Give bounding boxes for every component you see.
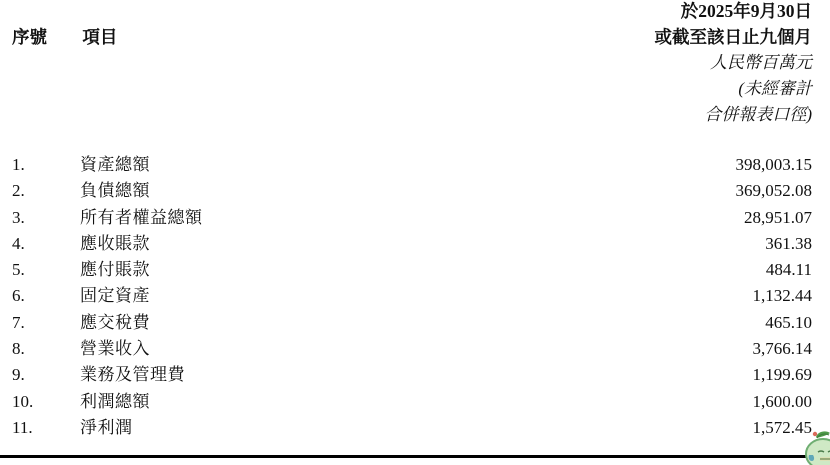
row-value: 3,766.14 <box>753 336 813 362</box>
row-item: 所有者權益總額 <box>80 205 744 231</box>
row-value: 484.11 <box>766 257 812 283</box>
row-item: 資產總額 <box>80 152 736 178</box>
row-value: 1,199.69 <box>753 362 813 388</box>
row-serial: 2. <box>12 178 80 204</box>
bottom-divider <box>0 455 830 458</box>
row-serial: 4. <box>12 231 80 257</box>
table-row: 6. 固定資產 1,132.44 <box>12 283 812 309</box>
row-value: 1,132.44 <box>753 283 813 309</box>
header-period-line: 或截至該日止九個月 <box>655 24 813 50</box>
header-note-line-1: (未經審計 <box>12 76 812 102</box>
row-serial: 8. <box>12 336 80 362</box>
header-unit-line: 人民幣百萬元 <box>12 50 812 76</box>
row-value: 465.10 <box>765 310 812 336</box>
row-item: 業務及管理費 <box>80 362 753 388</box>
row-value: 28,951.07 <box>744 205 812 231</box>
row-item: 淨利潤 <box>80 415 753 441</box>
header-left-columns: 序號 項目 <box>12 24 117 50</box>
row-item: 負債總額 <box>80 178 736 204</box>
row-value: 1,600.00 <box>753 389 813 415</box>
row-serial: 3. <box>12 205 80 231</box>
row-value: 398,003.15 <box>736 152 813 178</box>
row-serial: 6. <box>12 283 80 309</box>
document-page: 於2025年9月30日 序號 項目 或截至該日止九個月 人民幣百萬元 (未經審計… <box>0 0 830 465</box>
row-item: 應交稅費 <box>80 310 765 336</box>
row-value: 369,052.08 <box>736 178 813 204</box>
table-row: 3. 所有者權益總額 28,951.07 <box>12 205 812 231</box>
row-serial: 5. <box>12 257 80 283</box>
mascot-sticker-icon <box>796 428 830 465</box>
table-row: 9. 業務及管理費 1,199.69 <box>12 362 812 388</box>
row-serial: 7. <box>12 310 80 336</box>
row-item: 應付賬款 <box>80 257 766 283</box>
row-serial: 9. <box>12 362 80 388</box>
table-header: 於2025年9月30日 序號 項目 或截至該日止九個月 人民幣百萬元 (未經審計… <box>12 0 812 128</box>
table-row: 1. 資產總額 398,003.15 <box>12 152 812 178</box>
financial-table: 1. 資產總額 398,003.15 2. 負債總額 369,052.08 3.… <box>12 152 812 441</box>
row-serial: 1. <box>12 152 80 178</box>
header-date-line: 於2025年9月30日 <box>12 0 812 24</box>
table-row: 7. 應交稅費 465.10 <box>12 310 812 336</box>
row-item: 利潤總額 <box>80 389 753 415</box>
table-row: 10. 利潤總額 1,600.00 <box>12 389 812 415</box>
column-header-serial: 序號 <box>12 24 47 50</box>
row-item: 應收賬款 <box>80 231 765 257</box>
row-item: 營業收入 <box>80 336 753 362</box>
row-item: 固定資產 <box>80 283 753 309</box>
table-row: 11. 淨利潤 1,572.45 <box>12 415 812 441</box>
table-row: 8. 營業收入 3,766.14 <box>12 336 812 362</box>
table-row: 4. 應收賬款 361.38 <box>12 231 812 257</box>
row-serial: 11. <box>12 415 80 441</box>
table-row: 5. 應付賬款 484.11 <box>12 257 812 283</box>
header-note-line-2: 合併報表口徑) <box>12 102 812 128</box>
table-row: 2. 負債總額 369,052.08 <box>12 178 812 204</box>
column-header-item: 項目 <box>82 24 117 50</box>
row-value: 361.38 <box>765 231 812 257</box>
row-serial: 10. <box>12 389 80 415</box>
